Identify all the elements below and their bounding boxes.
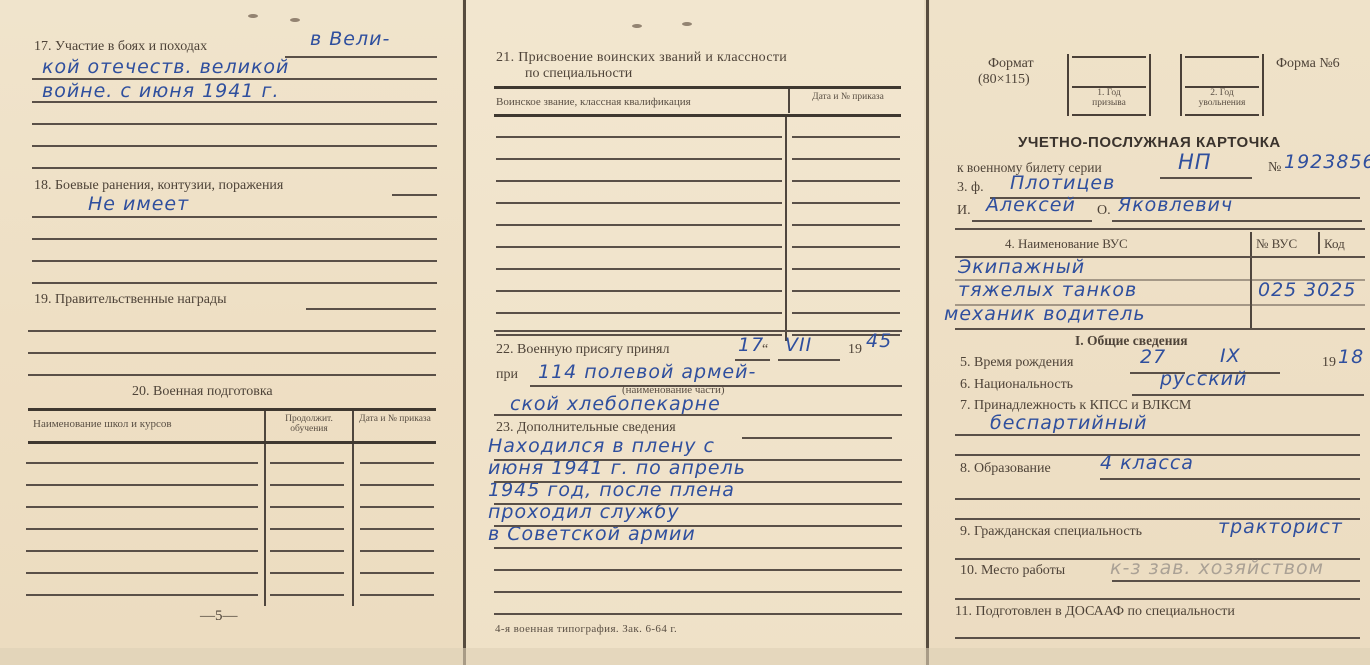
item-21-label: 21. Присвоение воинских званий и классно… <box>496 50 787 66</box>
table-row <box>360 506 434 508</box>
table-row <box>792 268 900 270</box>
table-row <box>496 136 782 138</box>
discharge-year-caption: 2. Год увольнения <box>1182 88 1262 108</box>
column-divider <box>264 444 266 606</box>
additional-info-handwritten-line: Находился в плену с <box>488 435 715 457</box>
table-row <box>270 572 344 574</box>
oath-year-prefix: 19 <box>848 342 862 358</box>
table-row <box>494 613 902 615</box>
dosaaf-label: 11. Подготовлен в ДОСААФ по специальност… <box>955 604 1235 620</box>
surname: Плотицев <box>1010 172 1115 194</box>
table-row <box>792 246 900 248</box>
table-row <box>494 503 902 505</box>
table-row <box>26 506 258 508</box>
item-22-label: 22. Военную присягу принял <box>496 342 669 358</box>
vus-name-line2: тяжелых танков <box>958 279 1137 301</box>
table-row <box>360 572 434 574</box>
table-row <box>496 290 782 292</box>
vus-name-line1: Экипажный <box>958 256 1085 278</box>
oath-unit-line2: ской хлебопекарне <box>510 393 721 415</box>
discharge-year-box[interactable]: 2. Год увольнения <box>1180 54 1264 116</box>
oath-year-suffix: 45 <box>866 330 892 352</box>
ticket-number: 1923856 <box>1284 151 1370 173</box>
vus-col-name: 4. Наименование ВУС <box>1005 236 1128 252</box>
item-17-handwritten-line2: кой отечеств. великой <box>42 56 289 78</box>
page-fold-divider <box>926 0 929 665</box>
number-sign: № <box>1268 160 1281 176</box>
table-row <box>494 591 902 593</box>
form-number: Форма №6 <box>1276 56 1340 72</box>
ink-smudge <box>290 18 300 22</box>
education-label: 8. Образование <box>960 461 1051 477</box>
oath-unit-line1: 114 полевой армей- <box>538 361 756 383</box>
surname-label: 3. ф. <box>957 180 984 196</box>
birth-day: 27 <box>1140 346 1166 368</box>
card-title: УЧЕТНО-ПОСЛУЖНАЯ КАРТОЧКА <box>1018 134 1281 151</box>
table-row <box>496 246 782 248</box>
page-number: —5— <box>200 608 238 625</box>
table-row <box>26 528 258 530</box>
ticket-series: НП <box>1178 150 1212 174</box>
nationality-label: 6. Национальность <box>960 377 1073 393</box>
table-row <box>270 506 344 508</box>
table-row <box>792 202 900 204</box>
vus-col-code: Код <box>1324 236 1345 252</box>
conscription-year-box[interactable]: 1. Год призыва <box>1067 54 1151 116</box>
format-label: Формат <box>988 56 1034 72</box>
table-row <box>494 525 902 527</box>
table-row <box>792 180 900 182</box>
table-row <box>26 462 258 464</box>
nationality: русский <box>1160 368 1247 390</box>
table-row <box>496 224 782 226</box>
table-row <box>494 459 902 461</box>
table-row <box>792 224 900 226</box>
format-size: (80×115) <box>978 72 1030 88</box>
general-info-title: I. Общие сведения <box>1075 333 1188 349</box>
name-label: И. <box>957 203 971 219</box>
table-row <box>360 594 434 596</box>
table-row <box>496 180 782 182</box>
item-20-col-schools: Наименование школ и курсов <box>33 418 172 430</box>
table-row <box>494 547 902 549</box>
table-row <box>360 462 434 464</box>
education: 4 класса <box>1100 452 1194 474</box>
table-row <box>270 528 344 530</box>
birth-year-suffix: 18 <box>1338 346 1364 368</box>
table-row <box>496 202 782 204</box>
page-bottom-edge <box>0 648 1370 665</box>
table-row <box>792 136 900 138</box>
table-row <box>496 158 782 160</box>
item-20-col-order: Дата и № приказа <box>354 414 436 424</box>
table-row <box>26 594 258 596</box>
conscription-year-caption: 1. Год призыва <box>1069 88 1149 108</box>
table-row <box>270 594 344 596</box>
table-row <box>792 312 900 314</box>
civil-specialty: тракторист <box>1218 516 1343 538</box>
item-20-col-duration: Продолжит. обучения <box>266 414 352 434</box>
table-row <box>26 550 258 552</box>
table-row <box>494 481 902 483</box>
table-row <box>270 462 344 464</box>
page-fold-divider <box>463 0 466 665</box>
first-name: Алексей <box>986 194 1076 216</box>
table-row <box>496 312 782 314</box>
workplace: к-з зав. хозяйством <box>1110 557 1324 579</box>
table-row <box>494 330 902 332</box>
table-row <box>792 158 900 160</box>
ink-smudge <box>632 24 642 28</box>
table-row <box>26 572 258 574</box>
workplace-label: 10. Место работы <box>960 563 1065 579</box>
item-21-col-rank: Воинское звание, классная квалификация <box>496 96 691 108</box>
oath-date-day: 17 <box>738 334 764 356</box>
table-row <box>270 484 344 486</box>
vus-name-line3: механик водитель <box>944 303 1146 325</box>
table-row <box>792 290 900 292</box>
birth-month: IX <box>1220 345 1241 367</box>
birth-year-prefix: 19 <box>1322 355 1336 371</box>
vus-code: 3025 <box>1304 279 1356 301</box>
item-18-handwritten: Не имеет <box>88 193 189 215</box>
party: беспартийный <box>990 412 1148 434</box>
item-17-label: 17. Участие в боях и походах <box>34 39 207 55</box>
civil-specialty-label: 9. Гражданская специальность <box>960 524 1142 540</box>
table-row <box>270 550 344 552</box>
table-row <box>360 528 434 530</box>
table-row <box>360 550 434 552</box>
ink-smudge <box>248 14 258 18</box>
item-17-handwritten-line1: в Вели- <box>310 28 390 50</box>
table-row <box>494 569 902 571</box>
patronymic-label: О. <box>1097 203 1111 219</box>
item-17-handwritten-line3: войне. с июня 1941 г. <box>42 80 280 102</box>
item-21-label-continued: по специальности <box>525 66 632 82</box>
ink-smudge <box>682 22 692 26</box>
vus-number: 025 <box>1258 279 1297 301</box>
patronymic: Яковлевич <box>1118 194 1233 216</box>
item-21-col-order: Дата и № приказа <box>800 92 896 102</box>
item-19-label: 19. Правительственные награды <box>34 292 227 308</box>
vus-col-number: № ВУС <box>1256 236 1297 252</box>
table-row <box>360 484 434 486</box>
column-divider <box>785 117 787 341</box>
item-22-at-label: при <box>496 367 518 383</box>
printer-imprint: 4-я военная типография. Зак. 6-64 г. <box>495 623 677 635</box>
oath-date-month: VII <box>785 334 812 356</box>
table-row <box>26 484 258 486</box>
item-20-title: 20. Военная подготовка <box>132 384 273 400</box>
table-row <box>496 268 782 270</box>
item-23-label: 23. Дополнительные сведения <box>496 420 676 436</box>
column-divider <box>352 444 354 606</box>
item-18-label: 18. Боевые ранения, контузии, поражения <box>34 178 283 194</box>
birth-label: 5. Время рождения <box>960 355 1073 371</box>
